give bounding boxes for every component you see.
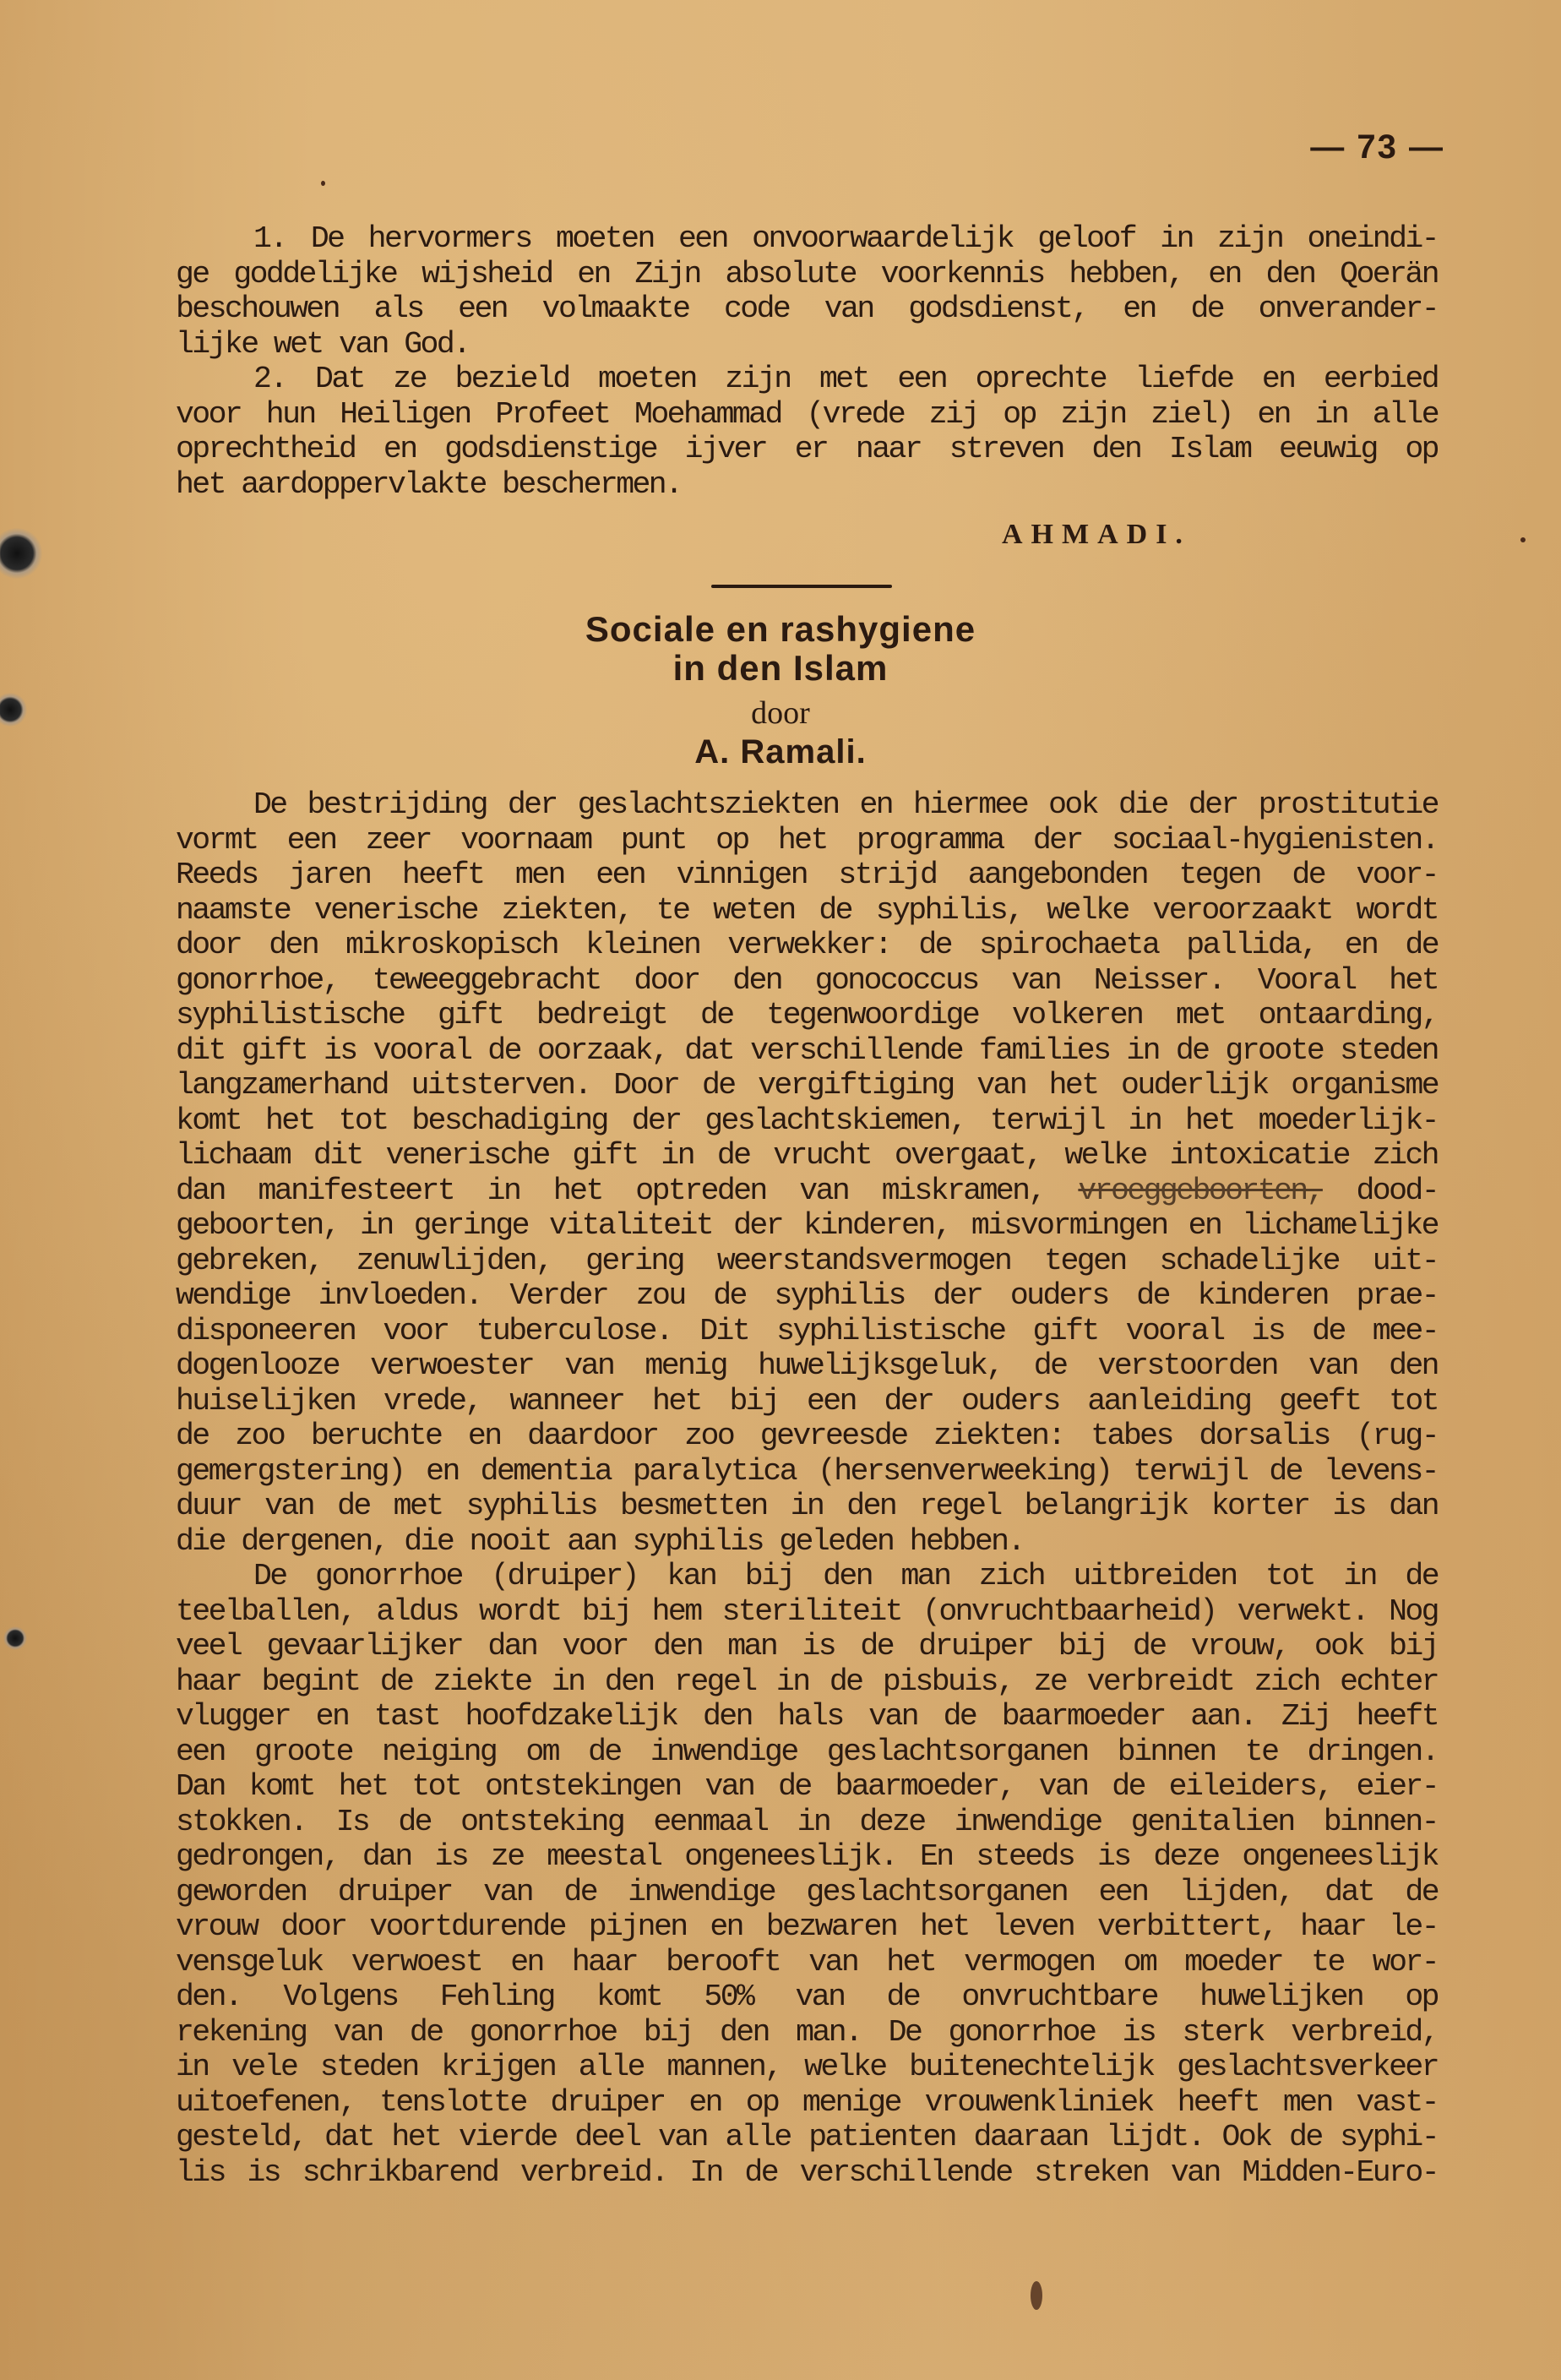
body-line: vlugger en tast hoofdzakelijk den hals v…: [176, 1699, 1438, 1735]
struck-word: vroeggeboorten,: [1078, 1174, 1323, 1208]
body-line-with-strikethrough: dan manifesteert in het optreden van mis…: [176, 1174, 1438, 1209]
body-line: stokken. Is de ontsteking eenmaal in dez…: [176, 1805, 1438, 1840]
author: A. Ramali.: [0, 733, 1561, 771]
body-line: vormt een zeer voornaam punt op het prog…: [176, 823, 1438, 858]
body-line: gesteld, dat het vierde deel van alle pa…: [176, 2120, 1438, 2155]
body-line: door den mikroskopisch kleinen verwekker…: [176, 928, 1438, 963]
body-line: naamste venerische ziekten, te weten de …: [176, 893, 1438, 929]
body-line: gemergstering) en dementia paralytica (h…: [176, 1454, 1438, 1490]
body-line: rekening van de gonorrhoe bij den man. D…: [176, 2015, 1438, 2051]
body-line: geworden druiper van de inwendige geslac…: [176, 1875, 1438, 1910]
body-line: haar begint de ziekte in den regel in de…: [176, 1664, 1438, 1700]
intro-line: 1. De hervormers moeten een onvoorwaarde…: [176, 221, 1438, 257]
body-line: lis is schrikbarend verbreid. In de vers…: [176, 2155, 1438, 2191]
intro-line: ge goddelijke wijsheid en Zijn absolute …: [176, 257, 1438, 292]
body-line: de zoo beruchte en daardoor zoo gevreesd…: [176, 1419, 1438, 1454]
body-line: teelballen, aldus wordt bij hem sterilit…: [176, 1594, 1438, 1630]
intro-line: lijke wet van God.: [176, 327, 1438, 362]
body-line: De bestrijding der geslachtsziekten en h…: [176, 787, 1438, 823]
intro-section: 1. De hervormers moeten een onvoorwaarde…: [176, 221, 1438, 502]
body-line: Dan komt het tot ontstekingen van de baa…: [176, 1769, 1438, 1805]
body-line: De gonorrhoe (druiper) kan bij den man z…: [176, 1559, 1438, 1594]
body-line-tail: dood-: [1323, 1174, 1438, 1208]
article-body: De bestrijding der geslachtsziekten en h…: [176, 787, 1438, 2190]
body-line: dit gift is vooral de oorzaak, dat versc…: [176, 1033, 1438, 1069]
body-line: dogenlooze verwoester van menig huwelijk…: [176, 1348, 1438, 1384]
intro-line: beschouwen als een volmaakte code van go…: [176, 291, 1438, 327]
body-line: komt het tot beschadiging der geslachtsk…: [176, 1103, 1438, 1139]
page-number: — 73 —: [1284, 128, 1444, 166]
article-title-line-1: Sociale en rashygiene: [0, 610, 1561, 649]
body-line: duur van de met syphilis besmetten in de…: [176, 1489, 1438, 1524]
section-divider: [711, 585, 892, 588]
body-line: den. Volgens Fehling komt 50% van de onv…: [176, 1980, 1438, 2015]
body-line: gebreken, zenuwlijden, gering weerstands…: [176, 1244, 1438, 1279]
intro-line: oprechtheid en godsdienstige ijver er na…: [176, 432, 1438, 467]
body-line: wendige invloeden. Verder zou de syphili…: [176, 1278, 1438, 1314]
body-line: die dergenen, die nooit aan syphilis gel…: [176, 1524, 1438, 1560]
body-line: langzamerhand uitsterven. Door de vergif…: [176, 1068, 1438, 1103]
body-line: syphilistische gift bedreigt de tegenwoo…: [176, 998, 1438, 1033]
article-title-line-2: in den Islam: [0, 649, 1561, 688]
body-line: huiselijken vrede, wanneer het bij een d…: [176, 1384, 1438, 1419]
byline: door: [0, 694, 1561, 732]
body-line: in vele steden krijgen alle mannen, welk…: [176, 2050, 1438, 2085]
body-line: uitoefenen, tenslotte druiper en op meni…: [176, 2085, 1438, 2121]
body-line-head: dan manifesteert in het optreden van mis…: [176, 1174, 1078, 1208]
body-line: gedrongen, dan is ze meestal ongeneeslij…: [176, 1839, 1438, 1875]
body-line: gonorrhoe, teweeggebracht door den gonoc…: [176, 963, 1438, 999]
intro-line: 2. Dat ze bezield moeten zijn met een op…: [176, 362, 1438, 397]
binder-hole-top: [0, 528, 42, 579]
body-line: veel gevaarlijker dan voor den man is de…: [176, 1629, 1438, 1664]
body-line: vensgeluk verwoest en haar berooft van h…: [176, 1945, 1438, 1980]
ink-dot: [1520, 537, 1526, 542]
intro-line: het aardoppervlakte beschermen.: [176, 467, 1438, 503]
body-line: geboorten, in geringe vitaliteit der kin…: [176, 1208, 1438, 1244]
body-line: vrouw door voortdurende pijnen en bezwar…: [176, 1909, 1438, 1945]
ink-dot-2: [321, 181, 325, 186]
body-line: lichaam dit venerische gift in de vrucht…: [176, 1138, 1438, 1174]
body-line: disponeeren voor tuberculose. Dit syphil…: [176, 1314, 1438, 1349]
scanned-page: — 73 — 1. De hervormers moeten een onvoo…: [0, 0, 1561, 2380]
body-line: een groote neiging om de inwendige gesla…: [176, 1735, 1438, 1770]
intro-line: voor hun Heiligen Profeet Moehammad (vre…: [176, 397, 1438, 433]
binder-hole-lower: [3, 1626, 27, 1650]
body-line: Reeds jaren heeft men een vinnigen strij…: [176, 858, 1438, 893]
signature: AHMADI.: [1002, 519, 1191, 551]
ink-spot: [1031, 2281, 1042, 2310]
